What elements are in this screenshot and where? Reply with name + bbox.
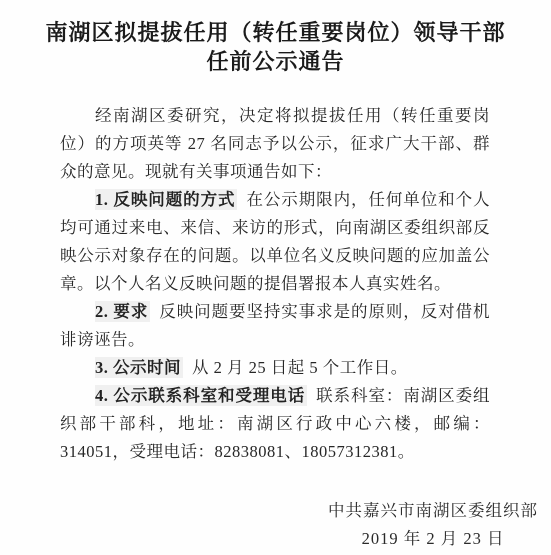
paragraph-item-3-head: 3. 公示时间 — [95, 357, 183, 378]
paragraph-item-2: 2. 要求反映问题要坚持实事求是的原则，反对借机诽谤诬告。 — [60, 298, 490, 354]
document-body: 经南湖区委研究，决定将拟提拔任用（转任重要岗位）的方项英等 27 名同志予以公示… — [60, 102, 490, 466]
document-title-line-2: 任前公示通告 — [30, 47, 521, 76]
document-title: 南湖区拟提拔任用（转任重要岗位）领导干部 任前公示通告 — [30, 18, 521, 76]
paragraph-item-1: 1. 反映问题的方式在公示期限内，任何单位和个人均可通过来电、来信、来访的形式，… — [60, 186, 490, 298]
signature-date: 2019 年 2 月 23 日 — [328, 525, 538, 553]
paragraph-item-3-text: 从 2 月 25 日起 5 个工作日。 — [192, 358, 408, 377]
paragraph-intro-text: 经南湖区委研究，决定将拟提拔任用（转任重要岗位）的方项英等 27 名同志予以公示… — [60, 106, 490, 181]
paragraph-item-3: 3. 公示时间从 2 月 25 日起 5 个工作日。 — [60, 354, 490, 382]
paragraph-item-2-head: 2. 要求 — [95, 301, 150, 322]
announcement-document: 南湖区拟提拔任用（转任重要岗位）领导干部 任前公示通告 经南湖区委研究，决定将拟… — [0, 0, 551, 555]
signature-block: 中共嘉兴市南湖区委组织部 2019 年 2 月 23 日 — [328, 497, 538, 553]
paragraph-item-4: 4. 公示联系科室和受理电话联系科室：南湖区委组织部干部科，地址：南湖区行政中心… — [60, 382, 490, 466]
document-title-line-1: 南湖区拟提拔任用（转任重要岗位）领导干部 — [30, 18, 521, 47]
paragraph-item-1-head: 1. 反映问题的方式 — [95, 189, 237, 210]
paragraph-intro: 经南湖区委研究，决定将拟提拔任用（转任重要岗位）的方项英等 27 名同志予以公示… — [60, 102, 490, 186]
paragraph-item-4-head: 4. 公示联系科室和受理电话 — [95, 385, 307, 406]
signature-organization: 中共嘉兴市南湖区委组织部 — [328, 497, 538, 525]
